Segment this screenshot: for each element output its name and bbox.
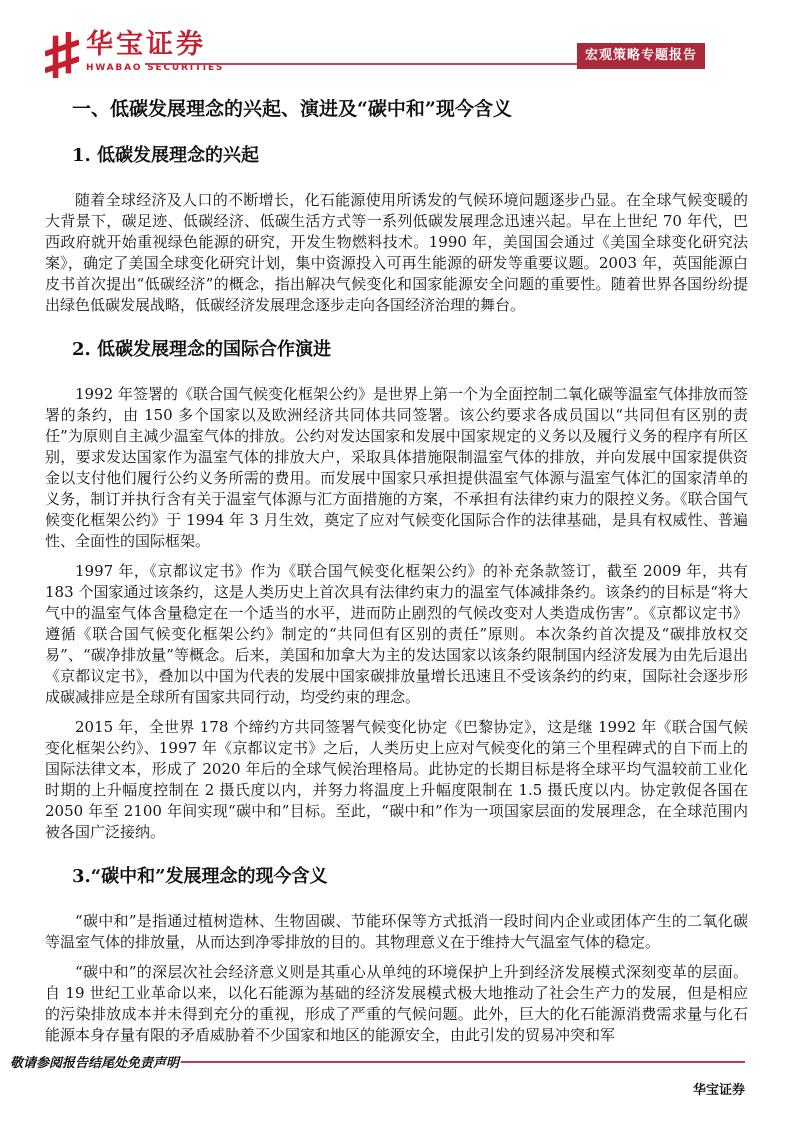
section-3-paragraph-1: “碳中和”是指通过植树造林、生物固碳、节能环保等方式抵消一段时间内企业或团体产生… [45, 911, 748, 953]
page-header: 华宝证券 HWABAO SECURITIES 宏观策略专题报告 [45, 30, 793, 82]
footer-brand: 华宝证券 [10, 1079, 745, 1098]
section-2-paragraph-2: 1997 年，《京都议定书》作为《联合国气候变化框架公约》的补充条款签订，截至 … [45, 561, 748, 708]
section-1-heading: 1. 低碳发展理念的兴起 [72, 144, 748, 168]
disclaimer-text: 敬请参阅报告结尾处免责声明 [10, 1052, 179, 1071]
footer-rule [181, 1061, 745, 1063]
logo-name-cn: 华宝证券 [86, 30, 224, 60]
page-footer: 敬请参阅报告结尾处免责声明 华宝证券 [10, 1052, 745, 1098]
hwabao-logo: 华宝证券 HWABAO SECURITIES [45, 30, 224, 78]
document-content: 一、低碳发展理念的兴起、演进及“碳中和”现今含义 1. 低碳发展理念的兴起 随着… [45, 85, 748, 1046]
report-page: 华宝证券 HWABAO SECURITIES 宏观策略专题报告 一、低碳发展理念… [0, 0, 793, 1122]
section-2-heading: 2. 低碳发展理念的国际合作演进 [72, 338, 748, 362]
report-type-badge: 宏观策略专题报告 [577, 43, 705, 69]
section-3-paragraph-2: “碳中和”的深层次社会经济意义则是其重心从单纯的环境保护上升到经济发展模式深刻变… [45, 962, 748, 1046]
section-2-paragraph-1: 1992 年签署的《联合国气候变化框架公约》是世界上第一个为全面控制二氧化碳等温… [45, 384, 748, 552]
chapter-title: 一、低碳发展理念的兴起、演进及“碳中和”现今含义 [72, 97, 748, 122]
section-3-heading: 3.“碳中和”发展理念的现今含义 [72, 865, 748, 889]
hwabao-logo-icon [45, 32, 79, 78]
footer-top-row: 敬请参阅报告结尾处免责声明 [10, 1052, 745, 1071]
section-1-paragraph-1: 随着全球经济及人口的不断增长，化石能源使用所诱发的气候环境问题逐步凸显。在全球气… [45, 190, 748, 316]
section-2-paragraph-3: 2015 年，全世界 178 个缔约方共同签署气候变化协定《巴黎协定》，这是继 … [45, 717, 748, 843]
logo-text: 华宝证券 HWABAO SECURITIES [86, 30, 224, 73]
